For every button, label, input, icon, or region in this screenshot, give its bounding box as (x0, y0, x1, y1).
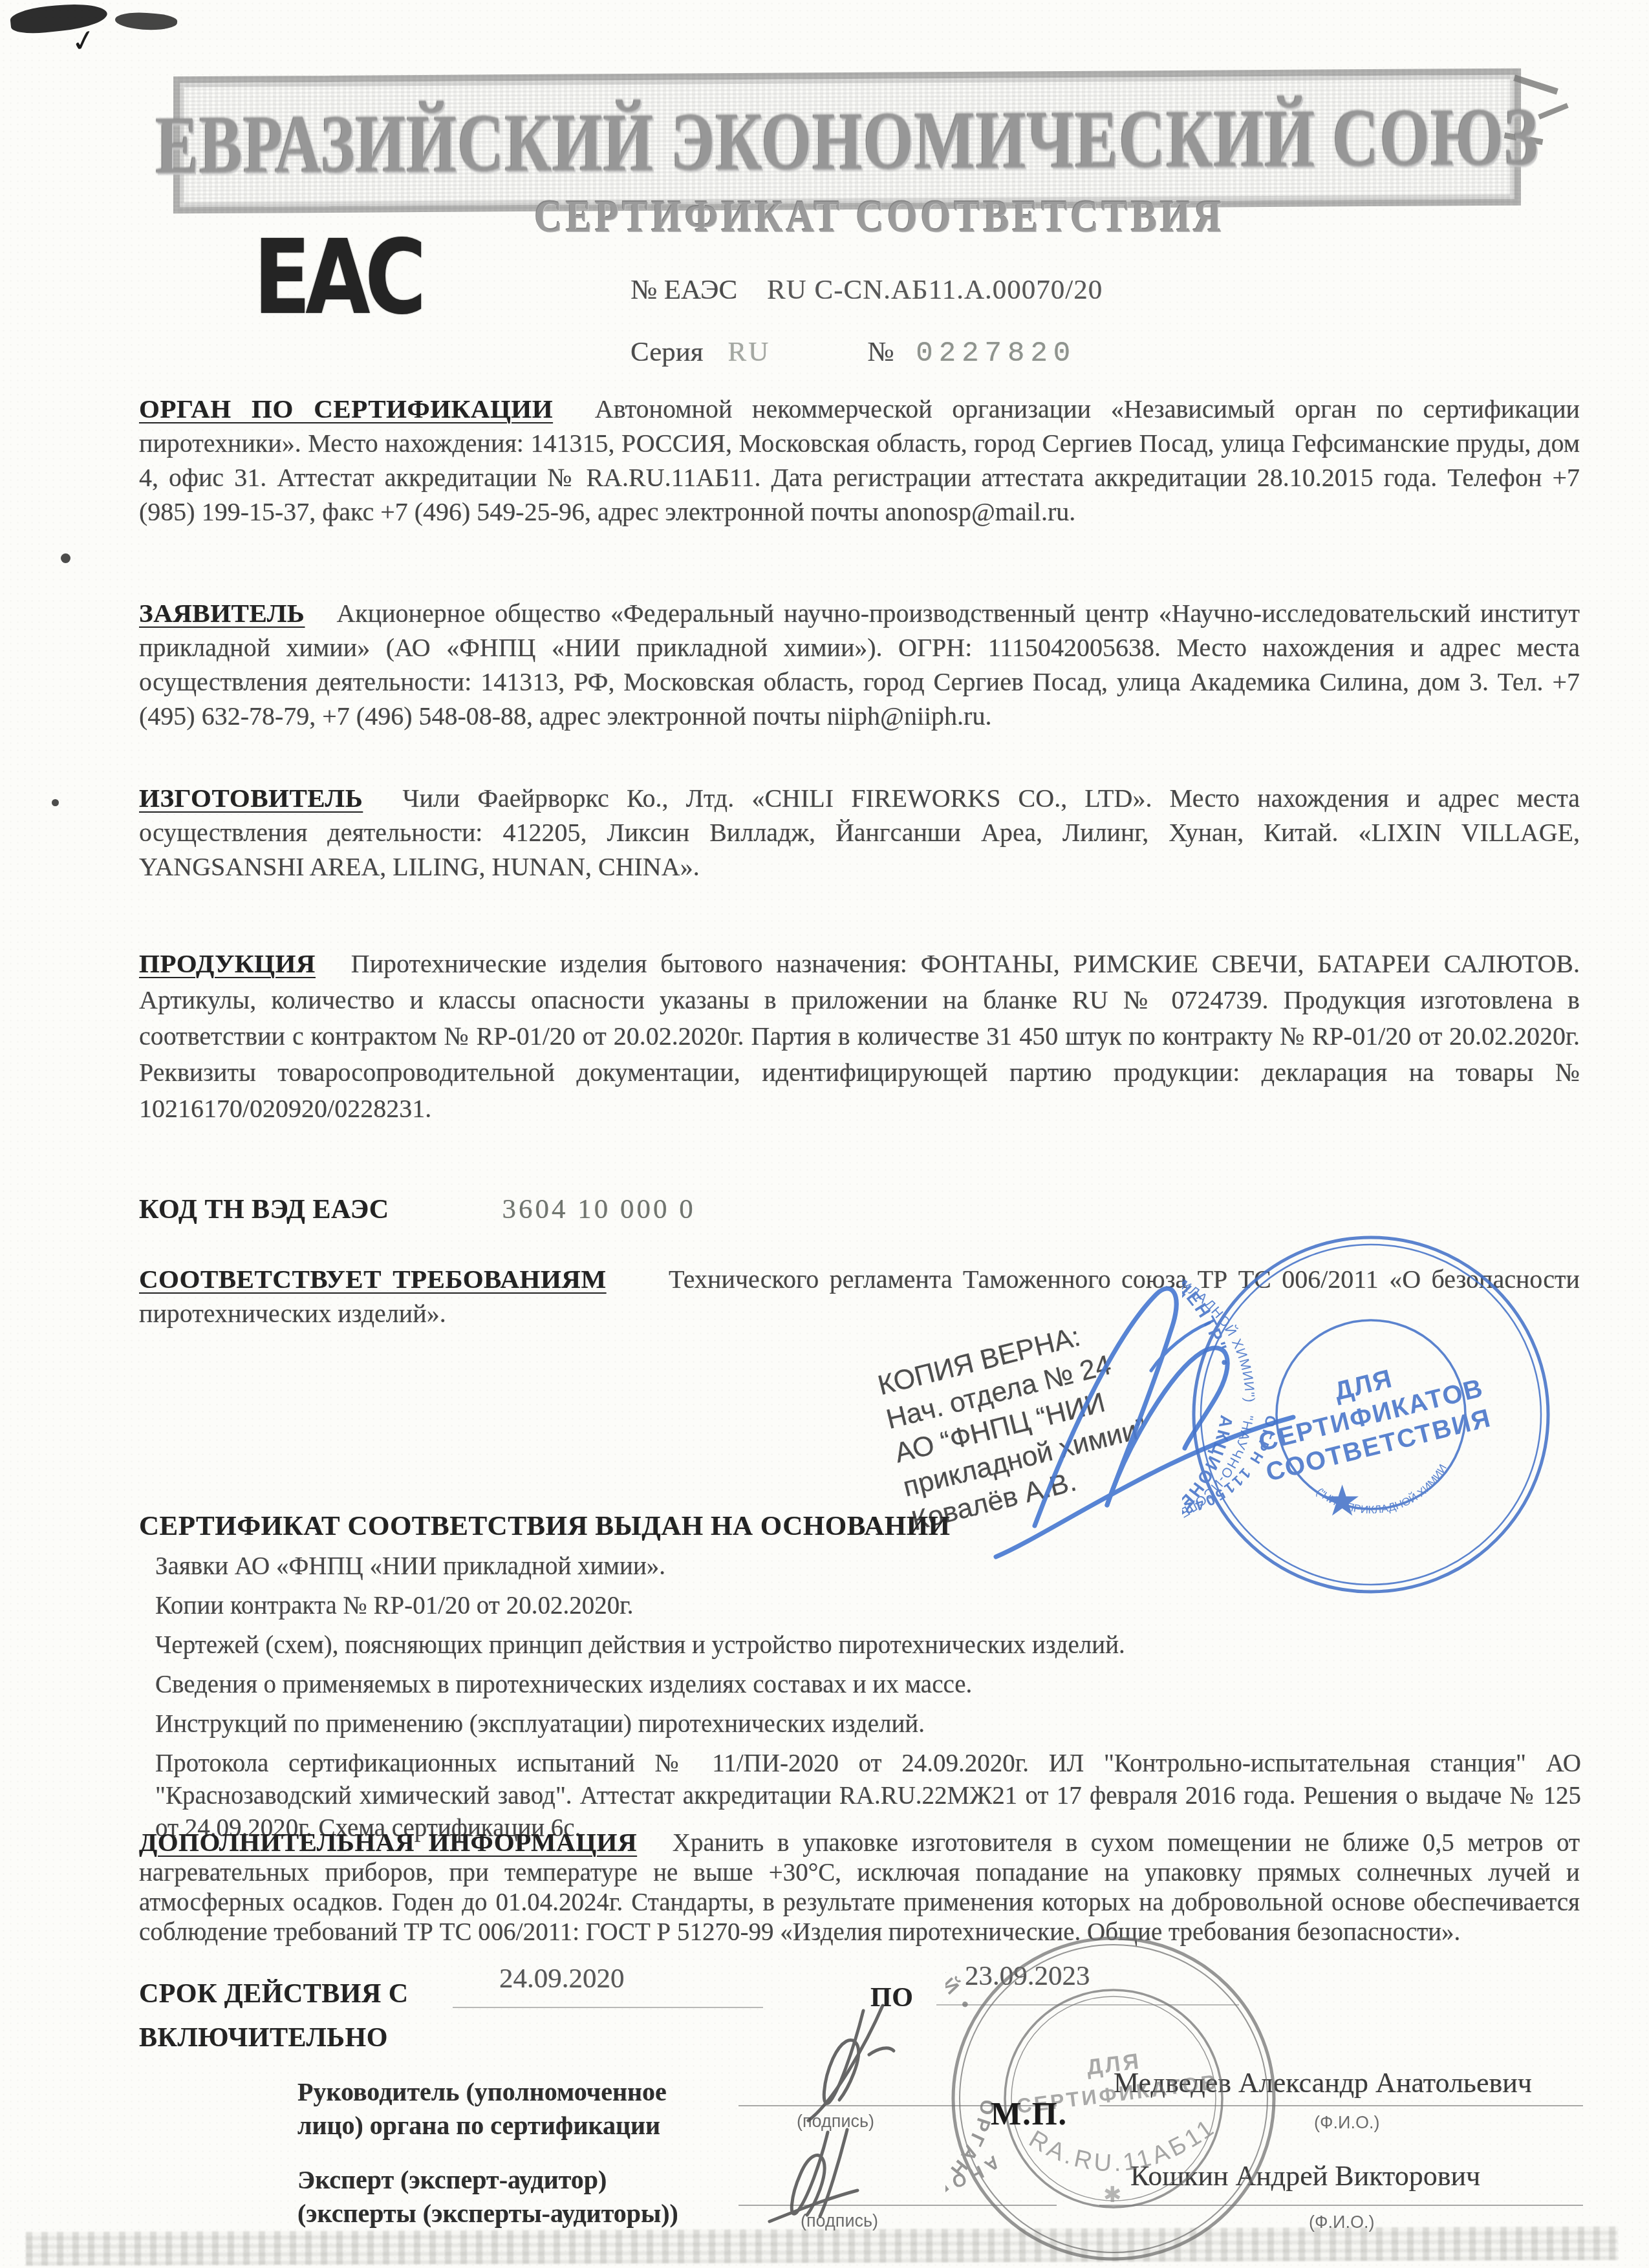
head-signature (731, 1991, 976, 2237)
validity-from-date: 24.09.2020 (499, 1963, 625, 1995)
basis-heading: СЕРТИФИКАТ СООТВЕТСТВИЯ ВЫДАН НА ОСНОВАН… (139, 1510, 951, 1542)
tnved-value: 3604 10 000 0 (502, 1193, 696, 1225)
products-label: ПРОДУКЦИЯ (139, 948, 316, 978)
section-applicant: ЗАЯВИТЕЛЬ Акционерное общество «Федераль… (139, 596, 1580, 733)
validity-from-underline (453, 2007, 763, 2008)
organization-round-stamp: АКЦИОНЕРНОЕ ОБЩЕСТВО "ФЕДЕРАЛЬНЫЙ НАУЧНО… (1182, 1226, 1560, 1603)
tnved-label: КОД ТН ВЭД ЕАЭС (139, 1194, 389, 1225)
additional-info-label: ДОПОЛНИТЕЛЬНАЯ ИНФОРМАЦИЯ (139, 1827, 637, 1857)
section-certification-body: ОРГАН ПО СЕРТИФИКАЦИИ Автономной некомме… (139, 392, 1580, 529)
certificate-number-value: RU С-CN.АБ11.А.00070/20 (767, 274, 1103, 306)
ink-dot (52, 799, 59, 806)
union-banner-text: ЕВРАЗИЙСКИЙ ЭКОНОМИЧЕСКИЙ СОЮЗ (155, 89, 1538, 193)
section-tnved-code: КОД ТН ВЭД ЕАЭС 3604 10 000 0 (139, 1193, 696, 1225)
guilloche-strip (26, 2227, 1618, 2266)
certificate-page: ✓ ЕВРАЗИЙСКИЙ ЭКОНОМИЧЕСКИЙ СОЮЗ СЕРТИФИ… (0, 0, 1649, 2268)
head-signer-label: Руководитель (уполномоченное лицо) орган… (297, 2075, 718, 2143)
products-text: Пиротехнические изделия бытового назначе… (139, 949, 1580, 1123)
stamp-star-icon: ★ (1323, 1477, 1361, 1524)
ink-dot (61, 553, 70, 563)
basis-item: Инструкций по применению (эксплуатации) … (155, 1708, 1581, 1740)
section-additional-info: ДОПОЛНИТЕЛЬНАЯ ИНФОРМАЦИЯ Хранить в упак… (139, 1827, 1580, 1947)
seal-place-mark: М.П. (991, 2095, 1068, 2132)
basis-list: Заявки АО «ФНПЦ «НИИ прикладной химии». … (155, 1550, 1581, 1852)
series-line: Серия RU № 0227820 (630, 336, 1076, 370)
section-products: ПРОДУКЦИЯ Пиротехнические изделия бытово… (139, 945, 1580, 1127)
series-value: RU (728, 336, 771, 368)
section-manufacturer: ИЗГОТОВИТЕЛЬ Чили Фаейрворкс Ко., Лтд. «… (139, 781, 1580, 884)
blank-number-label: № (867, 336, 894, 368)
manufacturer-label: ИЗГОТОВИТЕЛЬ (139, 783, 363, 813)
eac-logo: ЕАС (253, 226, 360, 336)
pen-checkmark: ✓ (69, 21, 99, 60)
certificate-number-line: № ЕАЭС RU С-CN.АБ11.А.00070/20 (630, 274, 1103, 306)
basis-item: Заявки АО «ФНПЦ «НИИ прикладной химии». (155, 1550, 1581, 1583)
blank-number-value: 0227820 (916, 337, 1076, 370)
certification-body-label: ОРГАН ПО СЕРТИФИКАЦИИ (139, 394, 553, 423)
certificate-number-label: № ЕАЭС (630, 274, 737, 306)
applicant-text: Акционерное общество «Федеральный научно… (139, 599, 1580, 731)
basis-item: Копии контракта № RP-01/20 от 20.02.2020… (155, 1590, 1581, 1622)
grey-stamp-star-icon: ✱ (1103, 2183, 1122, 2207)
grey-stamp-center-line1: ДЛЯ (1085, 2049, 1143, 2080)
complies-label: СООТВЕТСТВУЕТ ТРЕБОВАНИЯМ (139, 1264, 607, 1294)
validity-from-label: СРОК ДЕЙСТВИЯ С (139, 1978, 409, 2009)
validity-inclusive-label: ВКЛЮЧИТЕЛЬНО (139, 2022, 388, 2053)
scan-artifact (1538, 103, 1569, 119)
series-label: Серия (630, 336, 704, 368)
basis-item: Чертежей (схем), поясняющих принцип дейс… (155, 1629, 1581, 1662)
name-caption: (Ф.И.О.) (1314, 2113, 1379, 2133)
scan-smudge (114, 11, 178, 32)
applicant-label: ЗАЯВИТЕЛЬ (139, 598, 305, 628)
expert-signer-label: Эксперт (эксперт-аудитор) (эксперты (экс… (297, 2163, 718, 2231)
basis-item: Сведения о применяемых в пиротехнических… (155, 1669, 1581, 1701)
document-title: СЕРТИФИКАТ СООТВЕТСТВИЯ (530, 190, 1229, 242)
